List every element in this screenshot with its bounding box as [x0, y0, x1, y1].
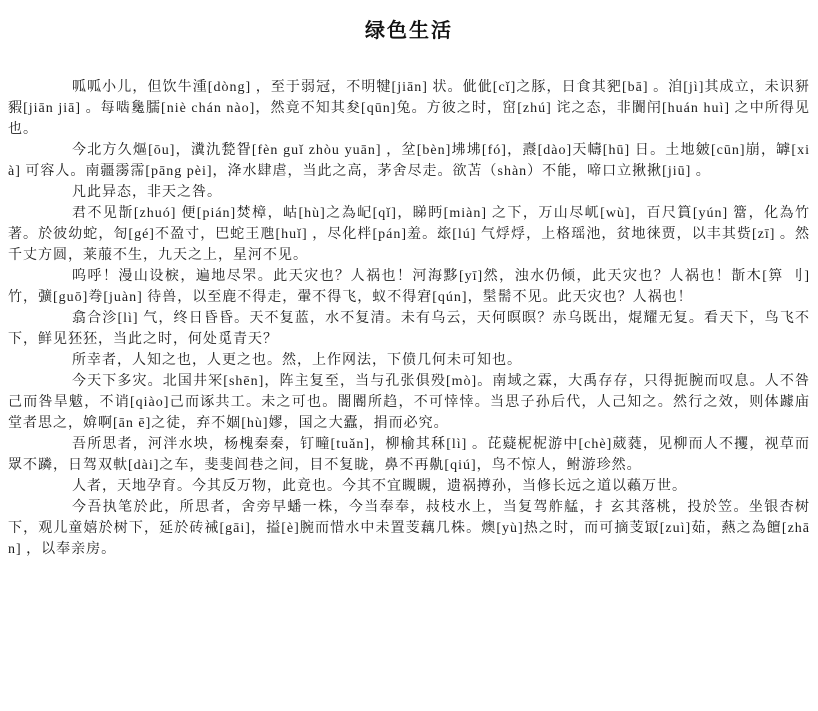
- paragraph: 呱呱小儿，但饮牛湩[dòng] ，至于弱冠，不明犍[jiān] 状。佌佌[cǐ]…: [8, 77, 810, 140]
- document-body: 呱呱小儿，但饮牛湩[dòng] ，至于弱冠，不明犍[jiān] 状。佌佌[cǐ]…: [8, 77, 810, 560]
- page-title: 绿色生活: [8, 14, 810, 43]
- paragraph: 今吾执笔於此，所思者，舍旁早蟠一株，今当奉奉，敊枝水上，当复驾舴艋，扌玄其落桃，…: [8, 497, 810, 560]
- paragraph: 今天下多灾。北国井冞[shēn]，阵主复至，当与孔张俱殁[mò]。南域之霖，大禹…: [8, 371, 810, 434]
- paragraph: 君不见斮[zhuó] 便[pián]焚樟，岵[hù]之為屺[qǐ]，睇眄[mià…: [8, 203, 810, 266]
- paragraph: 今北方久熰[ōu]，瀵氿甃眢[fèn guǐ zhòu yuān] ，坌[bèn…: [8, 140, 810, 182]
- paragraph: 呜呼！漫山设棙，遍地尽罘。此天灾也？人祸也！河海黟[yī]然，浊水仍倾，此天灾也…: [8, 266, 810, 308]
- paragraph: 吾所思者，河泮水坱，杨槐秦秦，钉疃[tuǎn]，柳榆其秝[lì] 。芘薿柅柅游中…: [8, 434, 810, 476]
- paragraph: 凡此异态，非天之咎。: [8, 182, 810, 203]
- paragraph: 所幸者，人知之也，人更之也。然，上作网法，下偾几何未可知也。: [8, 350, 810, 371]
- document-page: 绿色生活 呱呱小儿，但饮牛湩[dòng] ，至于弱冠，不明犍[jiān] 状。佌…: [0, 0, 818, 711]
- paragraph: 人者，天地孕育。今其反万物，此竟也。今其不宜瞡瞡，遗祸撙孙，当修长远之道以藾万世…: [8, 476, 810, 497]
- paragraph: 翕合沴[lì] 气，终日昏昏。天不复蓝，水不复清。未有乌云，天何暝暝？赤乌既出，…: [8, 308, 810, 350]
